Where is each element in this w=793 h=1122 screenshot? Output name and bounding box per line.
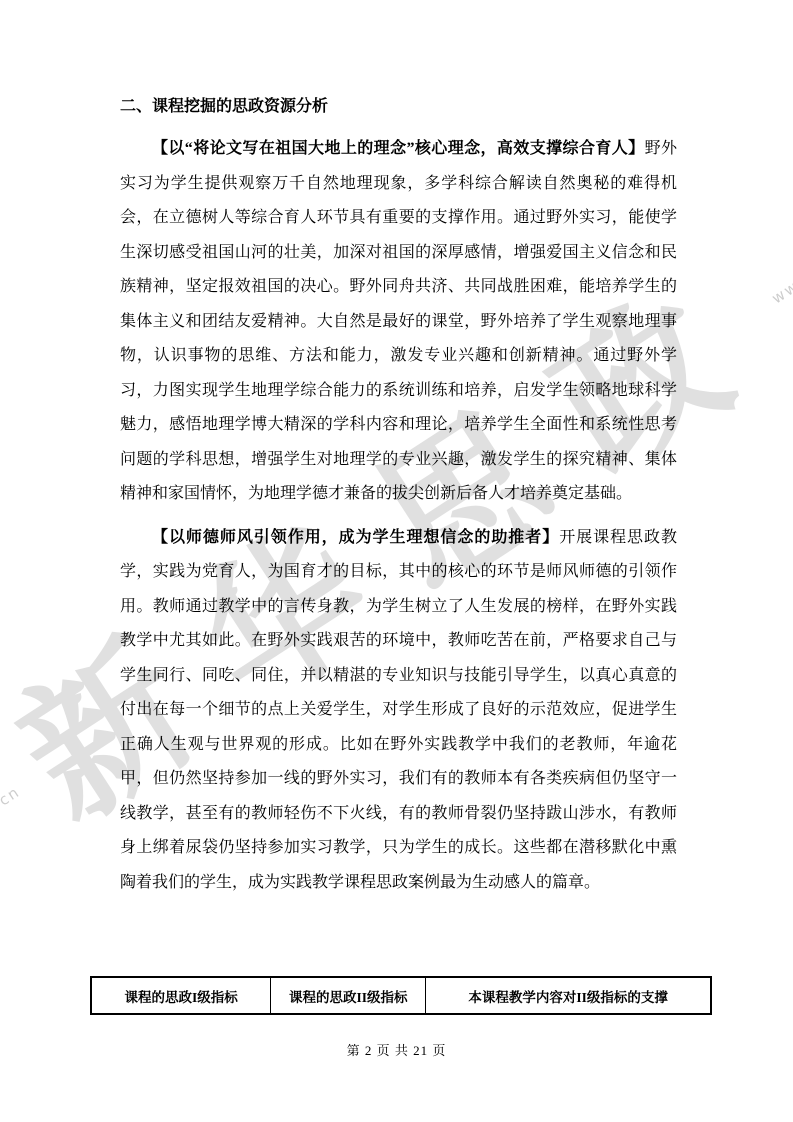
indicator-table-header-row: 课程的思政I级指标 课程的思政II级指标 本课程教学内容对II级指标的支撑 bbox=[91, 977, 711, 1014]
paragraph-core-concept-bold-lead: 【以“将论文写在祖国大地上的理念”核心理念，高效支撑综合育人】 bbox=[152, 140, 645, 157]
table-header-course-support: 本课程教学内容对II级指标的支撑 bbox=[426, 977, 711, 1014]
document-page: www.xinhua.net.cn 新华思政 www.xinhua.net.cn… bbox=[0, 0, 793, 1122]
watermark-url-text: www.xinhua.net.cn bbox=[0, 783, 23, 894]
section-heading: 二、课程挖掘的思政资源分析 bbox=[120, 96, 677, 118]
page-number-footer: 第 2 页 共 21 页 bbox=[0, 1040, 793, 1059]
paragraph-teacher-ethics: 【以师德师风引领作用，成为学生理想信念的助推者】开展课程思政教学，实践为党育人，… bbox=[120, 521, 677, 901]
table-header-level1-indicator: 课程的思政I级指标 bbox=[91, 977, 271, 1014]
document-content: 二、课程挖掘的思政资源分析 【以“将论文写在祖国大地上的理念”核心理念，高效支撑… bbox=[120, 96, 677, 900]
watermark-url-text: www.xinhua.net.cn bbox=[769, 196, 793, 307]
paragraph-teacher-ethics-body: 开展课程思政教学，实践为党育人，为国育才的目标，其中的核心的环节是师风师德的引领… bbox=[120, 529, 677, 891]
table-header-level2-indicator: 课程的思政II级指标 bbox=[271, 977, 426, 1014]
indicator-table: 课程的思政I级指标 课程的思政II级指标 本课程教学内容对II级指标的支撑 bbox=[90, 976, 712, 1015]
paragraph-teacher-ethics-bold-lead: 【以师德师风引领作用，成为学生理想信念的助推者】 bbox=[152, 529, 559, 546]
paragraph-core-concept-body: 野外实习为学生提供观察万千自然地理现象，多学科综合解读自然奥秘的难得机会，在立德… bbox=[120, 140, 677, 502]
paragraph-core-concept: 【以“将论文写在祖国大地上的理念”核心理念，高效支撑综合育人】野外实习为学生提供… bbox=[120, 132, 677, 512]
